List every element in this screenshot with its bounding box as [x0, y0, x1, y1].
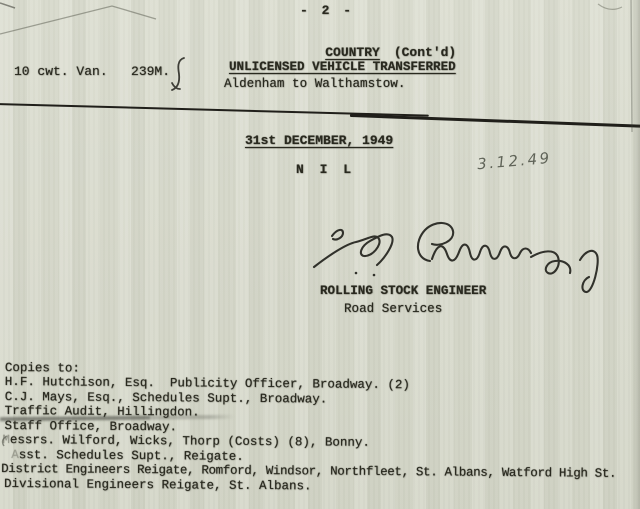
document-page: - 2 - COUNTRY(Cont'd) 10 cwt. Van. 239M.… — [0, 0, 640, 509]
distribution-list: Copies to: H.F. Hutchison, Esq. Publicit… — [4, 361, 640, 496]
signer-department: Road Services — [344, 302, 442, 316]
vehicle-note: 10 cwt. Van. 239M. — [14, 64, 170, 79]
handwritten-date-note: 3.12.49 — [476, 149, 552, 173]
page-number: - 2 - — [300, 3, 354, 18]
transfer-heading: UNLICENSED VEHICLE TRANSFERRED — [229, 60, 456, 74]
transfer-route: Aldenham to Walthamstow. — [224, 77, 405, 91]
report-entry: N I L — [296, 162, 355, 177]
tick-mark-icon — [169, 55, 189, 93]
scan-right-edge-shadow — [632, 0, 640, 509]
section-divider — [350, 114, 640, 127]
report-date-heading: 31st DECEMBER, 1949 — [245, 133, 393, 148]
section-title: COUNTRY — [325, 45, 380, 60]
signer-title: ROLLING STOCK ENGINEER — [320, 284, 486, 298]
section-continuation: (Cont'd) — [394, 45, 456, 60]
